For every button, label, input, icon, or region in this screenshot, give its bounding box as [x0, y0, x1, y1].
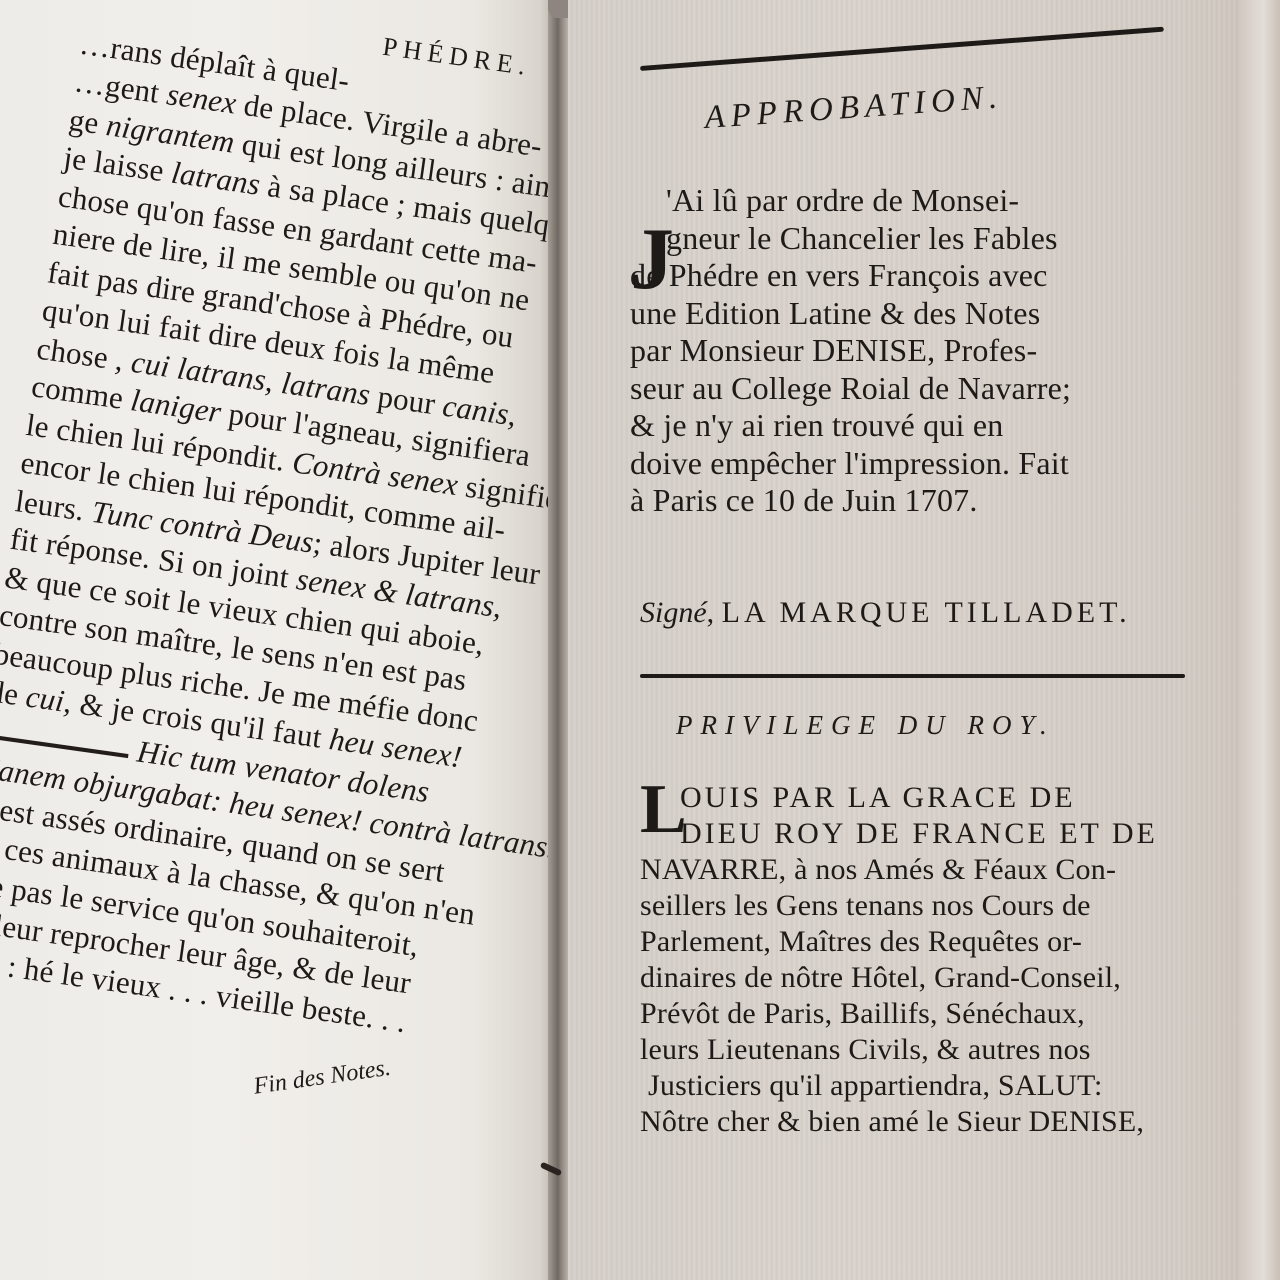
privilege-line: leurs Lieutenans Civils, & autres nos — [640, 1032, 1185, 1068]
book-spread: PHÉDRE. …rans déplaît à quel-…gent senex… — [0, 0, 1280, 1280]
privilege-line: Parlement, Maîtres des Requêtes or- — [640, 924, 1185, 960]
privilege-line: Prévôt de Paris, Baillifs, Sénéchaux, — [640, 996, 1185, 1032]
left-page: PHÉDRE. …rans déplaît à quel-…gent senex… — [0, 0, 556, 1280]
approbation-line: gneur le Chancelier les Fables — [630, 220, 1185, 258]
privilege-title: PRIVILEGE DU ROY. — [676, 710, 1055, 741]
approbation-line: doive empêcher l'impression. Fait — [630, 445, 1185, 483]
left-page-text: PHÉDRE. …rans déplaît à quel-…gent senex… — [0, 0, 534, 1040]
approbation-line: seur au College Roial de Navarre; — [630, 370, 1185, 408]
end-of-notes: Fin des Notes. — [252, 1055, 392, 1101]
approbation-line: une Edition Latine & des Notes — [630, 295, 1185, 333]
privilege-line: OUIS PAR LA GRACE DE — [640, 780, 1185, 816]
privilege-line: Justiciers qu'il appartiendra, SALUT: — [640, 1068, 1185, 1104]
section-rule — [640, 674, 1185, 678]
approbation-body: 'Ai lû par ordre de Monsei-gneur le Chan… — [630, 182, 1185, 520]
privilege-line: seillers les Gens tenans nos Cours de — [640, 888, 1185, 924]
privilege-body: OUIS PAR LA GRACE DEDIEU ROY DE FRANCE E… — [640, 780, 1185, 1140]
approbation-line: de Phédre en vers François avec — [630, 257, 1185, 295]
privilege-line: DIEU ROY DE FRANCE ET DE — [640, 816, 1185, 852]
approbation-line: 'Ai lû par ordre de Monsei- — [630, 182, 1185, 220]
privilege-line: NAVARRE, à nos Amés & Féaux Con- — [640, 852, 1185, 888]
privilege-line: Nôtre cher & bien amé le Sieur DENISE, — [640, 1104, 1185, 1140]
right-page: APPROBATION. J 'Ai lû par ordre de Monse… — [568, 0, 1280, 1280]
approbation-line: & je n'y ai rien trouvé qui en — [630, 407, 1185, 445]
privilege-line: dinaires de nôtre Hôtel, Grand-Conseil, — [640, 960, 1185, 996]
approbation-line: à Paris ce 10 de Juin 1707. — [630, 482, 1185, 520]
approbation-line: par Monsieur DENISE, Profes- — [630, 332, 1185, 370]
page-edge — [1238, 0, 1280, 1280]
book-gutter — [548, 0, 570, 1280]
approbation-signature: Signé, LA MARQUE TILLADET. — [640, 596, 1131, 630]
header-rule — [640, 27, 1164, 71]
notes-paragraph: …rans déplaît à quel-…gent senex de plac… — [0, 24, 528, 773]
approbation-title: APPROBATION. — [703, 79, 1004, 137]
